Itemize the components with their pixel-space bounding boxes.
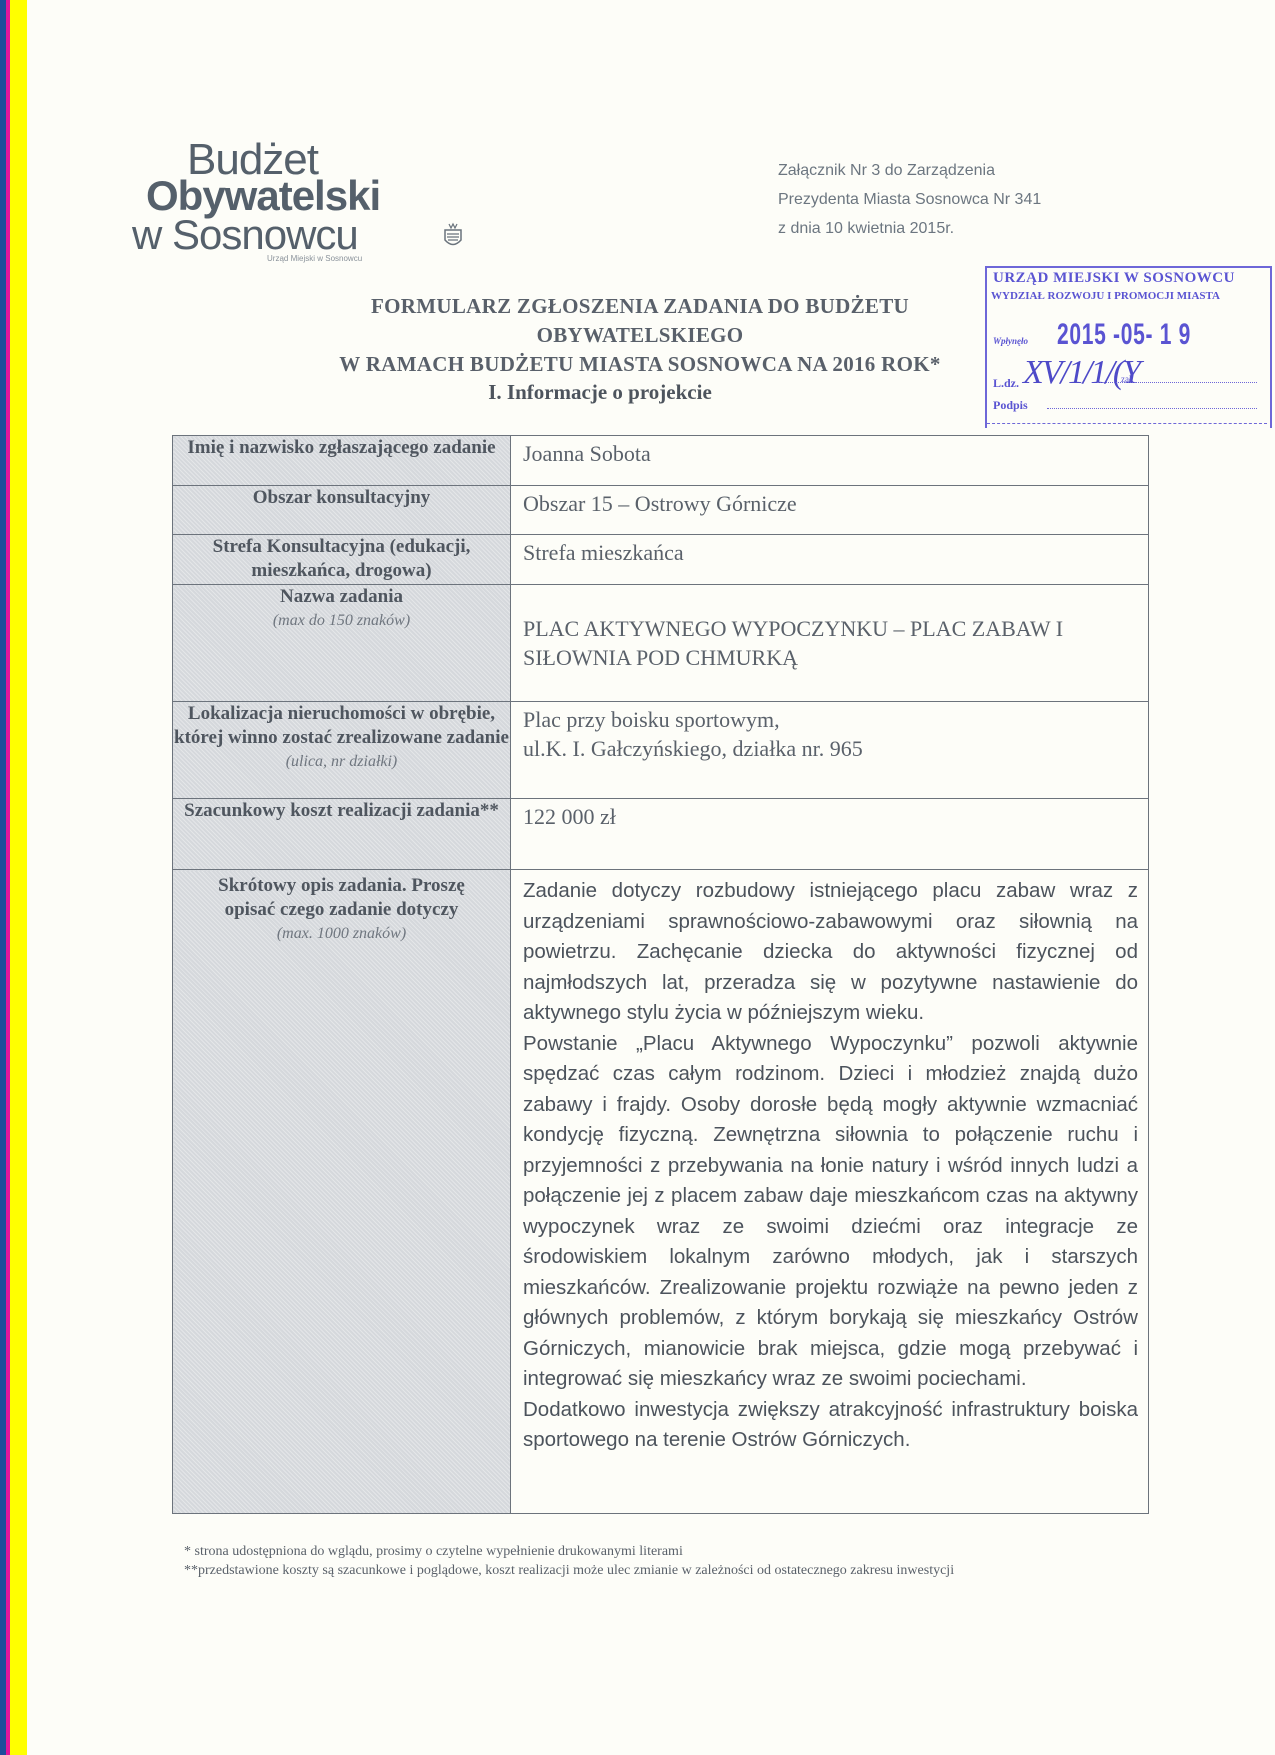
- table-row: Skrótowy opis zadania. Proszę opisać cze…: [173, 870, 1149, 1514]
- row-label: Strefa Konsultacyjna (edukacji, mieszkań…: [173, 535, 511, 585]
- annex-reference: Załącznik Nr 3 do Zarządzenia Prezydenta…: [778, 156, 1041, 243]
- description-value: Zadanie dotyczy rozbudowy istniejącego p…: [511, 870, 1149, 1514]
- logo-subtitle: Urząd Miejski w Sosnowcu: [267, 254, 362, 263]
- footnote-2: **przedstawione koszty są szacunkowe i p…: [184, 1561, 1084, 1580]
- description-paragraph: Powstanie „Placu Aktywnego Wypoczynku” p…: [523, 1029, 1138, 1395]
- section-title: I. Informacje o projekcie: [400, 380, 800, 405]
- table-row: Nazwa zadania (max do 150 znaków) PLAC A…: [173, 585, 1149, 702]
- stamp-department: WYDZIAŁ ROZWOJU I PROMOCJI MIASTA: [991, 290, 1220, 302]
- annex-line-1: Załącznik Nr 3 do Zarządzenia: [778, 156, 1041, 185]
- footnote-1: * strona udostępniona do wglądu, prosimy…: [184, 1542, 1084, 1561]
- row-hint: (max do 150 znaków): [173, 609, 510, 633]
- project-info-table: Imię i nazwisko zgłaszającego zadanie Jo…: [172, 435, 1149, 1514]
- description-paragraph: Dodatkowo inwestycja zwiększy atrakcyjno…: [523, 1395, 1138, 1456]
- stamp-attachments-label: zał.: [1121, 374, 1134, 384]
- row-label: Szacunkowy koszt realizacji zadania**: [173, 799, 511, 870]
- row-label: Imię i nazwisko zgłaszającego zadanie: [173, 436, 511, 486]
- stamp-signature-line: [1047, 408, 1257, 409]
- received-stamp: URZĄD MIEJSKI W SOSNOWCU WYDZIAŁ ROZWOJU…: [985, 266, 1272, 428]
- table-row: Lokalizacja nieruchomości w obrębie, któ…: [173, 702, 1149, 799]
- consultation-zone-value: Strefa mieszkańca: [511, 535, 1149, 585]
- table-row: Strefa Konsultacyjna (edukacji, mieszkań…: [173, 535, 1149, 585]
- consultation-area-value: Obszar 15 – Ostrowy Górnicze: [511, 486, 1149, 535]
- row-label: Obszar konsultacyjny: [173, 486, 511, 535]
- city-crest-icon: [442, 222, 464, 250]
- location-value: Plac przy boisku sportowym, ul.K. I. Gał…: [511, 702, 1149, 799]
- task-name-value: PLAC AKTYWNEGO WYPOCZYNKU – PLAC ZABAW I…: [511, 585, 1149, 702]
- table-row: Imię i nazwisko zgłaszającego zadanie Jo…: [173, 436, 1149, 486]
- stamp-office: URZĄD MIEJSKI W SOSNOWCU: [993, 270, 1235, 287]
- stamp-ref-number: XV/1/1/(Y: [1023, 354, 1139, 392]
- annex-line-2: Prezydenta Miasta Sosnowca Nr 341: [778, 185, 1041, 214]
- table-row: Szacunkowy koszt realizacji zadania** 12…: [173, 799, 1149, 870]
- row-label: Lokalizacja nieruchomości w obrębie, któ…: [173, 702, 511, 799]
- stamp-signature-label: Podpis: [993, 398, 1028, 413]
- applicant-name-value: Joanna Sobota: [511, 436, 1149, 486]
- description-paragraph: Zadanie dotyczy rozbudowy istniejącego p…: [523, 876, 1138, 1029]
- table-row: Obszar konsultacyjny Obszar 15 – Ostrowy…: [173, 486, 1149, 535]
- row-label: Skrótowy opis zadania. Proszę opisać cze…: [173, 870, 511, 1514]
- form-title-line-2: W RAMACH BUDŻETU MIASTA SOSNOWCA NA 2016…: [280, 350, 1000, 379]
- stamp-bottom-edge: [987, 423, 1267, 424]
- annex-line-3: z dnia 10 kwietnia 2015r.: [778, 214, 1041, 243]
- form-title: FORMULARZ ZGŁOSZENIA ZADANIA DO BUDŻETU …: [280, 292, 1000, 379]
- row-hint: (ulica, nr działki): [173, 750, 510, 774]
- footnotes: * strona udostępniona do wglądu, prosimy…: [184, 1542, 1084, 1580]
- stamp-received-date: 2015 -05- 1 9: [1057, 318, 1191, 352]
- row-label: Nazwa zadania (max do 150 znaków): [173, 585, 511, 702]
- row-hint: (max. 1000 znaków): [173, 922, 510, 946]
- form-title-line-1: FORMULARZ ZGŁOSZENIA ZADANIA DO BUDŻETU …: [280, 292, 1000, 350]
- estimated-cost-value: 122 000 zł: [511, 799, 1149, 870]
- logo-line-3: w Sosnowcu: [132, 213, 358, 257]
- scan-edge-color-strip: [0, 0, 27, 1755]
